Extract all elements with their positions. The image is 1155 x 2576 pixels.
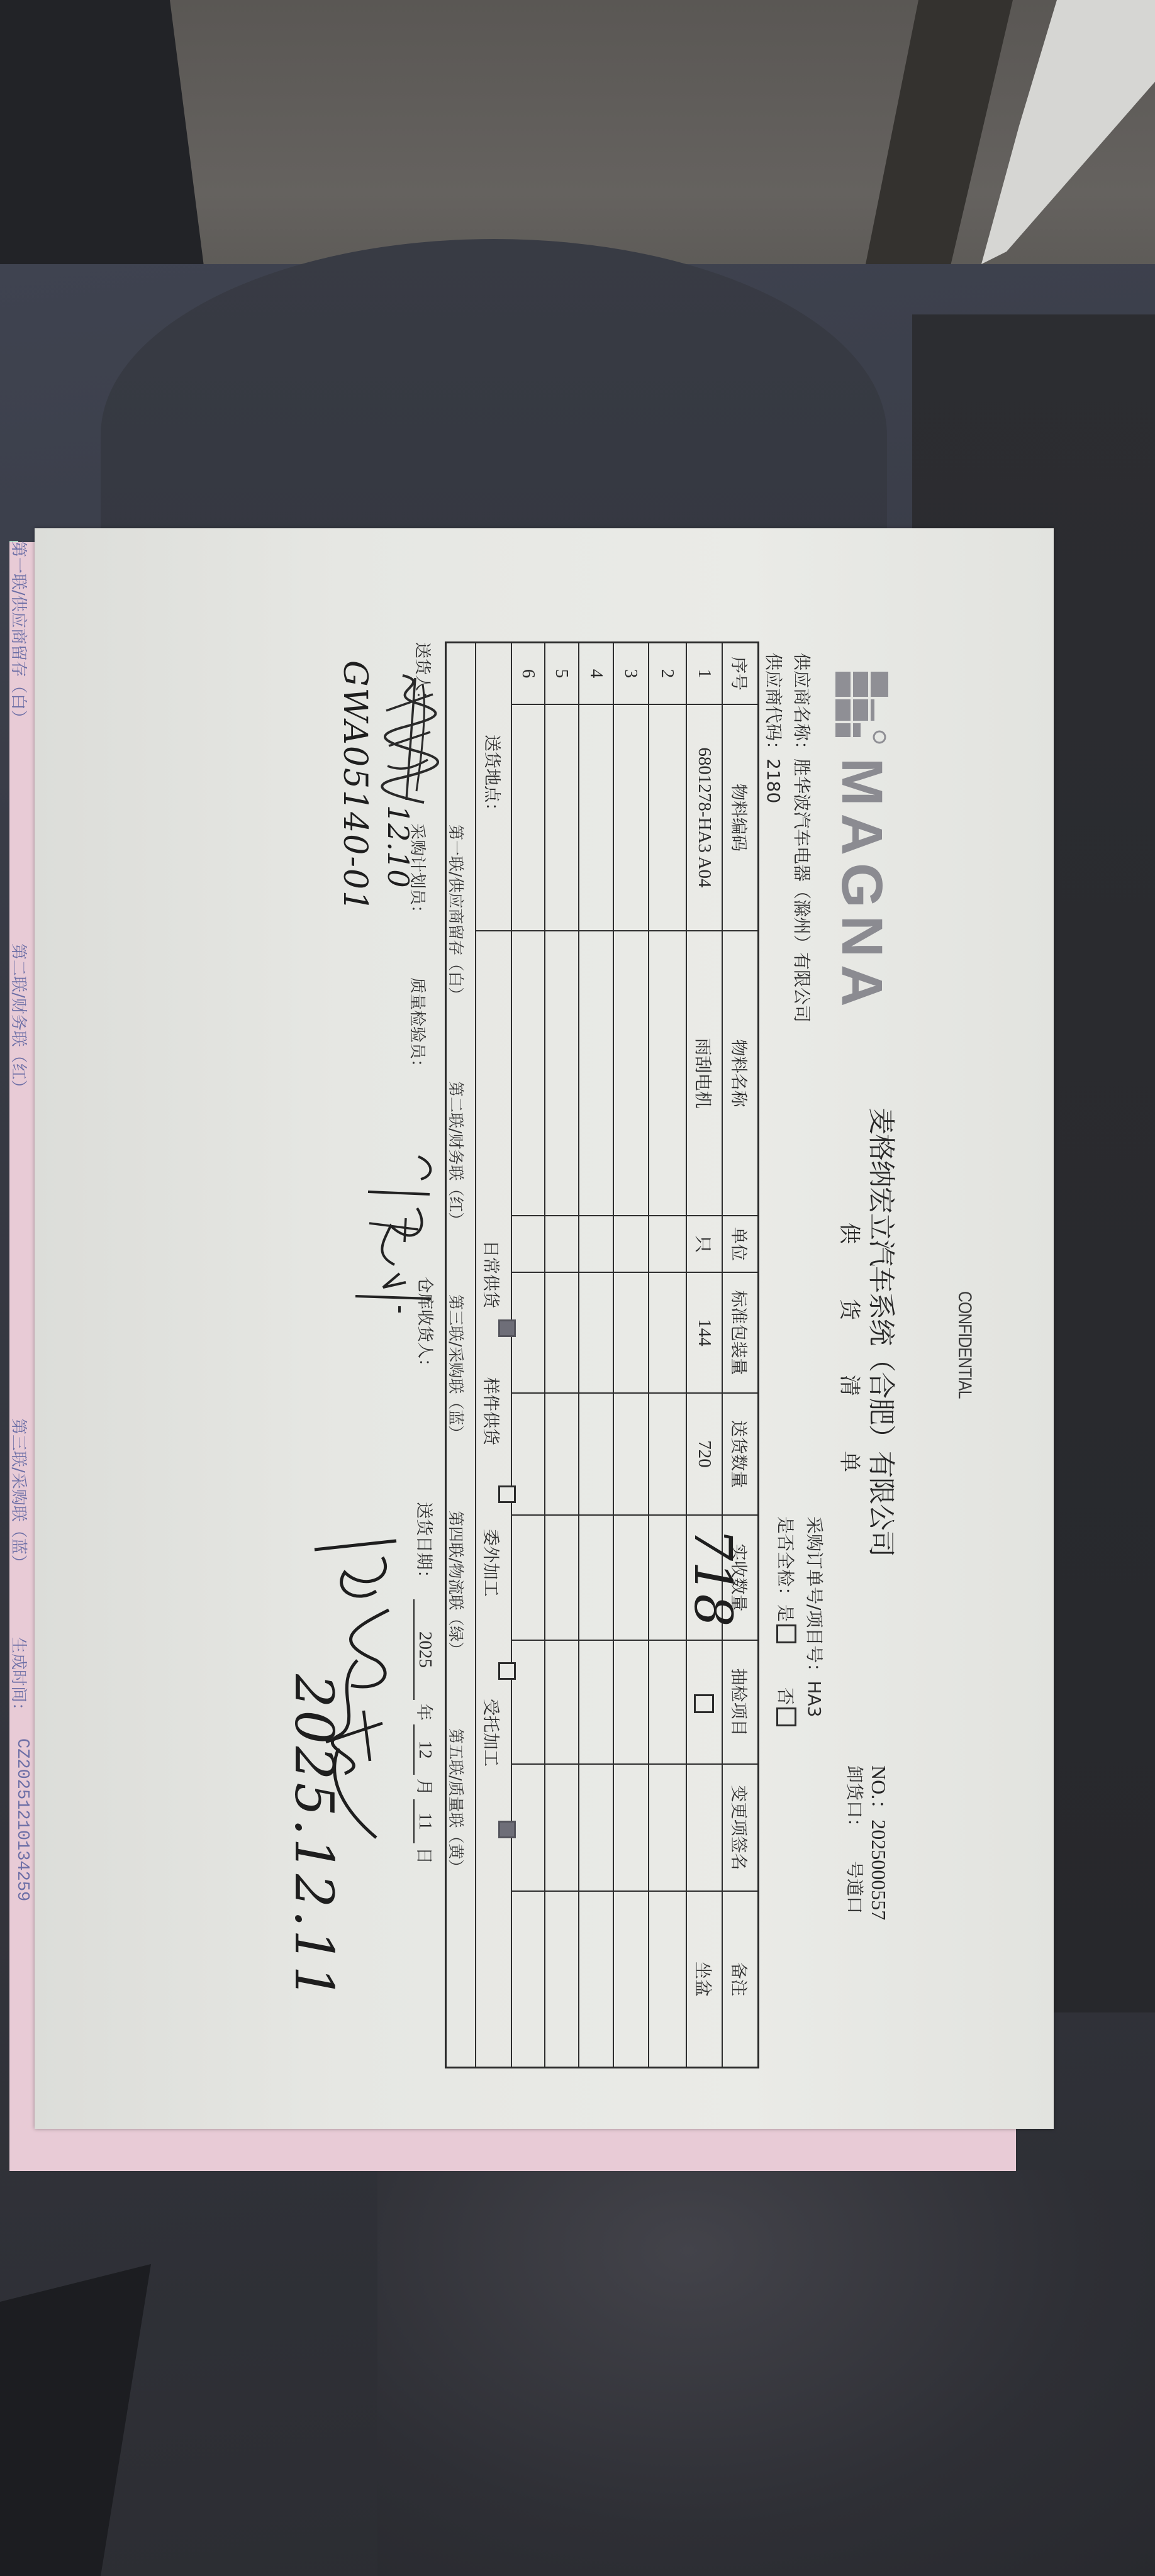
supplier-name: 供应商名称：胜华波汽车电器（滁州）有限公司 (790, 653, 815, 1023)
cell-received-qty[interactable] (613, 1516, 648, 1641)
cell-part-number[interactable] (544, 705, 578, 931)
generated-time-label: 生成时间： (8, 1637, 31, 1719)
cell-part-number[interactable] (648, 705, 686, 931)
supplier-code-label: 供应商代码： (763, 653, 784, 758)
pink-copy-label: 第二联/财务联（红） (8, 943, 31, 1096)
cell-std-pack: 144 (686, 1273, 722, 1394)
cell-no: 4 (578, 643, 613, 705)
supply-type-sample-checkbox[interactable] (498, 1485, 516, 1503)
purchase-order-label: 采购订单号/项目号： (804, 1516, 825, 1680)
column-header-unit: 单位 (722, 1216, 757, 1273)
column-header-part-name: 物料名称 (722, 931, 757, 1216)
cell-no: 2 (648, 643, 686, 705)
cell-delivered-qty[interactable] (578, 1394, 613, 1516)
cell-unit[interactable] (648, 1216, 686, 1273)
delivery-date-year[interactable]: 2025 (413, 1599, 435, 1700)
cell-change-sign[interactable] (686, 1765, 722, 1892)
delivery-note-document: CONFIDENTIAL MAGNA 麦格纳宏立汽车系统（合肥）有限公司 供货清… (69, 528, 1044, 2129)
copy-label-yellow: 第五联/质量联（黄） (445, 1728, 468, 1875)
copy-label-white: 第一联/供应商留存（白） (445, 824, 468, 1002)
deliverer-signature (379, 672, 442, 807)
quality-inspector-signature (349, 1148, 444, 1318)
supply-type-consigned-checkbox[interactable] (498, 1821, 516, 1838)
delivery-location-label: 送货地点： (475, 643, 511, 931)
quality-inspector-label: 质量检验员： (407, 977, 430, 1075)
pink-copy-label: 第三联/采购联（蓝） (8, 1418, 31, 1571)
supply-type-consigned-label: 受托加工 (480, 1699, 505, 1767)
column-header-part-number: 物料编码 (722, 705, 757, 931)
inspection-checkbox[interactable] (695, 1694, 715, 1713)
delivery-items-table: 序号 物料编码 物料名称 单位 标准包装量 送货数量 实收数量 抽检项目 变更项… (445, 641, 759, 2068)
cell-part-number: 6801278-HA3 A04 (686, 705, 722, 931)
column-header-std-pack: 标准包装量 (722, 1273, 757, 1394)
cell-remark[interactable] (648, 1892, 686, 2067)
cell-inspection[interactable] (578, 1641, 613, 1765)
cell-unit[interactable] (511, 1216, 544, 1273)
purchase-order: 采购订单号/项目号：HA3 (803, 1516, 828, 1717)
supply-type-options: 日常供货 样件供货 委外加工 受托加工 (475, 931, 511, 2067)
company-logo: MAGNA (835, 672, 888, 1014)
cell-inspection[interactable] (613, 1641, 648, 1765)
receiver-handwritten-date: 2025.12.11 (283, 1674, 345, 2002)
delivery-date-label: 送货日期： (413, 1502, 438, 1587)
full-inspection: 是否全检： 是 否 (774, 1516, 799, 1770)
column-header-delivered-qty: 送货数量 (722, 1394, 757, 1516)
full-inspection-yes[interactable]: 是 (774, 1604, 799, 1643)
checkbox-no[interactable] (776, 1707, 796, 1726)
cell-delivered-qty[interactable] (648, 1394, 686, 1516)
supply-type-outsourced-checkbox[interactable] (498, 1662, 516, 1680)
cell-change-sign[interactable] (613, 1765, 648, 1892)
full-inspection-no[interactable]: 否 (774, 1687, 799, 1726)
option-label: 是 (774, 1604, 799, 1622)
cell-change-sign[interactable] (578, 1765, 613, 1892)
cell-std-pack[interactable] (544, 1273, 578, 1394)
cell-part-number[interactable] (511, 705, 544, 931)
option-label: 否 (774, 1687, 799, 1705)
cell-remark[interactable] (511, 1892, 544, 2067)
purchase-order-value: HA3 (804, 1680, 825, 1717)
column-header-inspection: 抽检项目 (722, 1641, 757, 1765)
copy-label-red: 第二联/财务联（红） (445, 1081, 468, 1228)
cell-unit[interactable] (613, 1216, 648, 1273)
cell-delivered-qty[interactable] (613, 1394, 648, 1516)
cell-inspection[interactable] (648, 1641, 686, 1765)
delivery-date-day[interactable]: 11 (413, 1799, 435, 1843)
cell-std-pack[interactable] (613, 1273, 648, 1394)
checkbox-yes[interactable] (776, 1624, 796, 1643)
magna-logo-icon (835, 672, 888, 744)
cell-std-pack[interactable] (578, 1273, 613, 1394)
supplier-code-value: 2180 (763, 758, 784, 803)
delivery-note-paper: CONFIDENTIAL MAGNA 麦格纳宏立汽车系统（合肥）有限公司 供货清… (35, 528, 1054, 2129)
cell-part-number[interactable] (613, 705, 648, 931)
pink-copy-label: 第一联/供应商留存（白） (8, 541, 31, 726)
cell-part-name[interactable] (648, 931, 686, 1216)
cell-remark[interactable] (544, 1892, 578, 2067)
cell-unit[interactable] (544, 1216, 578, 1273)
supply-type-outsourced-label: 委外加工 (480, 1529, 505, 1597)
cell-inspection[interactable] (544, 1641, 578, 1765)
cell-change-sign[interactable] (648, 1765, 686, 1892)
company-title: 麦格纳宏立汽车系统（合肥）有限公司 (864, 1108, 902, 1557)
copy-distribution-row: 第一联/供应商留存（白） 第二联/财务联（红） 第三联/采购联（蓝） 第四联/物… (447, 643, 475, 2067)
supplier-name-value: 胜华波汽车电器（滁州）有限公司 (791, 758, 812, 1023)
document-number: NO.：2025000557 (866, 1765, 895, 1920)
background-seat-cushion (377, 2170, 1155, 2576)
year-unit: 年 (413, 1704, 438, 1721)
cell-part-name[interactable] (578, 931, 613, 1216)
cell-inspection (686, 1641, 722, 1765)
copy-label-blue: 第三联/采购联（蓝） (445, 1294, 468, 1441)
cell-part-name[interactable] (544, 931, 578, 1216)
month-unit: 月 (413, 1779, 438, 1796)
cell-unit[interactable] (578, 1216, 613, 1273)
cell-part-name[interactable] (511, 931, 544, 1216)
cell-delivered-qty: 720 (686, 1394, 722, 1516)
cell-delivered-qty[interactable] (544, 1394, 578, 1516)
generated-time-value: CZ20251210134259 (13, 1738, 31, 1901)
supply-type-daily-label: 日常供货 (480, 1240, 505, 1308)
cell-remark: 坐盆 (686, 1892, 722, 2067)
cell-no: 5 (544, 643, 578, 705)
cell-part-name: 雨刮电机 (686, 931, 722, 1216)
document-number-value: 2025000557 (868, 1819, 890, 1920)
column-header-no: 序号 (722, 643, 757, 705)
supply-type-daily-checkbox[interactable] (498, 1319, 516, 1337)
cell-change-sign[interactable] (544, 1765, 578, 1892)
cell-inspection[interactable] (511, 1641, 544, 1765)
unloading-dock-label: 卸货口： (844, 1765, 865, 1836)
pink-copy-footer-strip: 第一联/供应商留存（白） 第二联/财务联（红） 第三联/采购联（蓝） 生成时间：… (11, 528, 33, 1937)
document-number-label: NO.： (868, 1765, 890, 1819)
cell-received-qty[interactable] (648, 1516, 686, 1641)
unloading-dock-value: 号道口 (844, 1861, 865, 1914)
cell-remark[interactable] (613, 1892, 648, 2067)
cell-part-number[interactable] (578, 705, 613, 931)
day-unit: 日 (413, 1847, 438, 1864)
cell-no: 6 (511, 643, 544, 705)
cell-part-name[interactable] (613, 931, 648, 1216)
logo-wordmark: MAGNA (835, 758, 888, 1014)
cell-no: 3 (613, 643, 648, 705)
column-header-change-sign: 变更项签名 (722, 1765, 757, 1892)
supply-type-sample-label: 样件供货 (480, 1377, 505, 1445)
cell-no: 1 (686, 643, 722, 705)
confidential-mark: CONFIDENTIAL (954, 1291, 975, 1399)
delivery-date: 送货日期： 2025 年 12 月 11 日 (413, 1502, 438, 1864)
delivery-date-month[interactable]: 12 (413, 1724, 435, 1775)
deliverer-note: GWA05140-01 (336, 660, 374, 913)
cell-unit: 只 (686, 1216, 722, 1273)
unloading-dock: 卸货口：号道口 (843, 1765, 868, 1914)
supplier-code: 供应商代码：2180 (762, 653, 787, 803)
handwritten-received-qty: 718 (686, 1528, 738, 1627)
full-inspection-label: 是否全检： (774, 1516, 799, 1604)
cell-remark[interactable] (578, 1892, 613, 2067)
cell-received-qty[interactable] (511, 1516, 544, 1641)
cell-received-qty[interactable] (544, 1516, 578, 1641)
supplier-name-label: 供应商名称： (791, 653, 812, 758)
column-header-remark: 备注 (722, 1892, 757, 2067)
document-title: 供货清单 (836, 1223, 867, 1527)
cell-received-qty[interactable]: 718 (686, 1516, 722, 1641)
cell-std-pack[interactable] (648, 1273, 686, 1394)
copy-label-green: 第四联/物流联（绿） (445, 1511, 468, 1657)
deliverer-date: 12.10 (381, 805, 415, 888)
cell-received-qty[interactable] (578, 1516, 613, 1641)
